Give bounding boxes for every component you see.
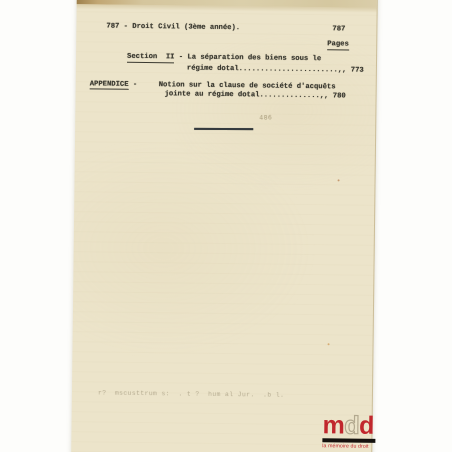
bleedthrough-text: r? mscusttrum s: . t ? hum al Jur. .b l. [98, 389, 288, 398]
divider-rule [194, 128, 253, 130]
toc-appendice-label: APPENDICE [90, 80, 129, 90]
scanned-page: 787 - Droit Civil (3ème année). 787 Page… [71, 0, 378, 452]
logo-letter-d-solid: d [359, 412, 374, 440]
paper-speck [328, 343, 330, 345]
logo-tagline: la mémoire du droit [322, 443, 376, 450]
toc-section-text: - La séparation des biens sous le [174, 53, 321, 63]
header-page-number: 787 [332, 25, 345, 33]
toc-entry-appendice: APPENDICE - Notion sur la clause de soci… [90, 80, 336, 91]
toc-section-label: Section II [127, 53, 175, 63]
toc-section-continuation: régime dotal.......................,, 77… [187, 64, 364, 74]
pencil-annotation: 486 [259, 114, 272, 121]
header-title: 787 - Droit Civil (3ème année). [106, 23, 240, 33]
toc-appendice-continuation: jointe au régime dotal..............,, 7… [165, 90, 346, 100]
mdd-logo: mdd la mémoire du droit [322, 416, 376, 449]
logo-letter-d-outline: d [344, 411, 359, 439]
paper-speck [338, 179, 340, 181]
pages-column-label: Pages [327, 40, 349, 48]
logo-letter-m: m [322, 411, 344, 439]
pages-label-text: Pages [327, 40, 349, 50]
toc-entry-section: Section II - La séparation des biens sou… [127, 53, 321, 63]
mdd-logo-letters: mdd [322, 416, 376, 437]
toc-appendice-separator: - [129, 80, 159, 88]
